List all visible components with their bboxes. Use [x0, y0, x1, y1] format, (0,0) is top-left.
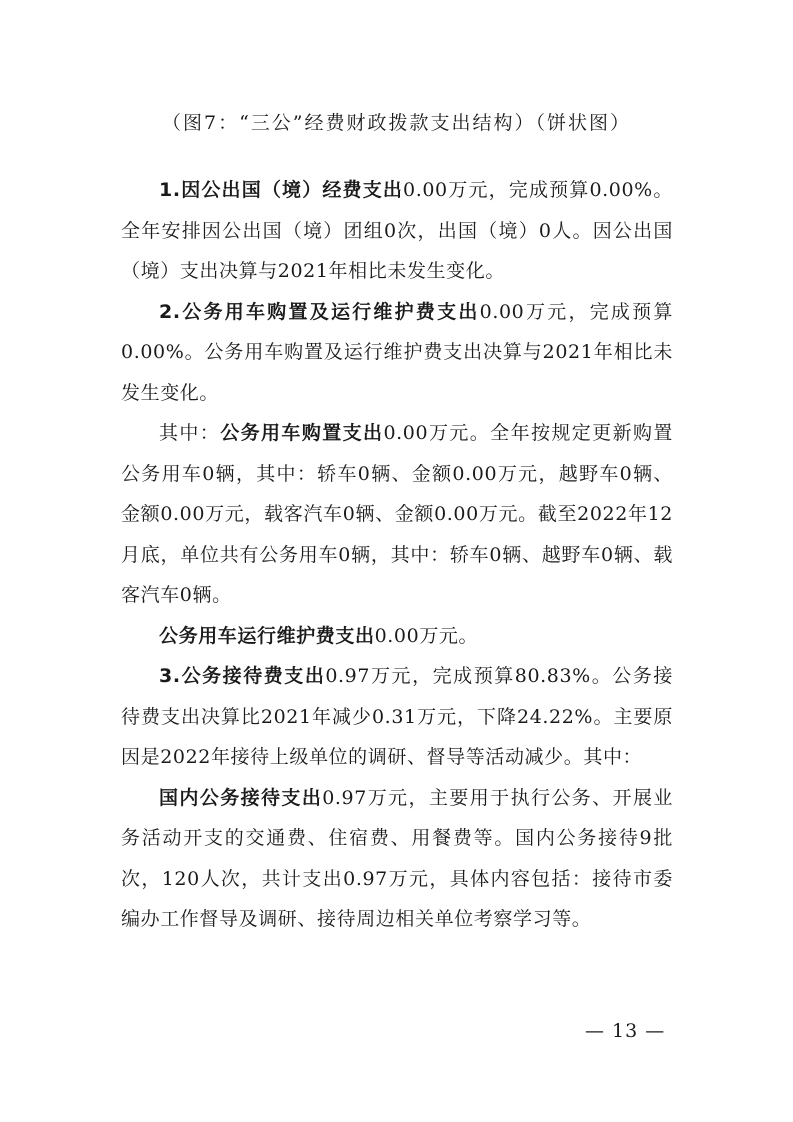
paragraph-domestic-reception: 国内公务接待支出0.97万元，主要用于执行公务、开展业务活动开支的交通费、住宿费… — [121, 778, 673, 940]
text-vehicle-purchase: 0.00万元。全年按规定更新购置公务用车0辆，其中：轿车0辆、金额0.00万元，… — [121, 422, 673, 606]
heading-vehicle-expenses: 2.公务用车购置及运行维护费支出 — [159, 301, 480, 323]
heading-overseas-travel: 1.因公出国（境）经费支出 — [159, 179, 403, 201]
paragraph-reception: 3.公务接待费支出0.97万元，完成预算80.83%。公务接待费支出决算比202… — [121, 656, 673, 778]
paragraph-vehicle-maintenance: 公务用车运行维护费支出0.00万元。 — [121, 616, 673, 657]
paragraph-vehicle-expenses: 2.公务用车购置及运行维护费支出0.00万元，完成预算0.00%。公务用车购置及… — [121, 292, 673, 414]
figure-caption: （图7：“三公”经费财政拨款支出结构）（饼状图） — [0, 108, 793, 135]
document-body: 1.因公出国（境）经费支出0.00万元，完成预算0.00%。全年安排因公出国（境… — [121, 170, 673, 940]
prefix-vehicle-purchase: 其中： — [159, 422, 220, 444]
heading-vehicle-maintenance: 公务用车运行维护费支出 — [159, 625, 375, 647]
paragraph-overseas-travel: 1.因公出国（境）经费支出0.00万元，完成预算0.00%。全年安排因公出国（境… — [121, 170, 673, 292]
text-vehicle-maintenance: 0.00万元。 — [375, 625, 479, 647]
paragraph-vehicle-purchase: 其中：公务用车购置支出0.00万元。全年按规定更新购置公务用车0辆，其中：轿车0… — [121, 413, 673, 616]
page-number: — 13 — — [585, 1020, 665, 1042]
heading-vehicle-purchase: 公务用车购置支出 — [220, 422, 383, 444]
heading-reception: 3.公务接待费支出 — [159, 665, 325, 687]
heading-domestic-reception: 国内公务接待支出 — [159, 787, 322, 809]
